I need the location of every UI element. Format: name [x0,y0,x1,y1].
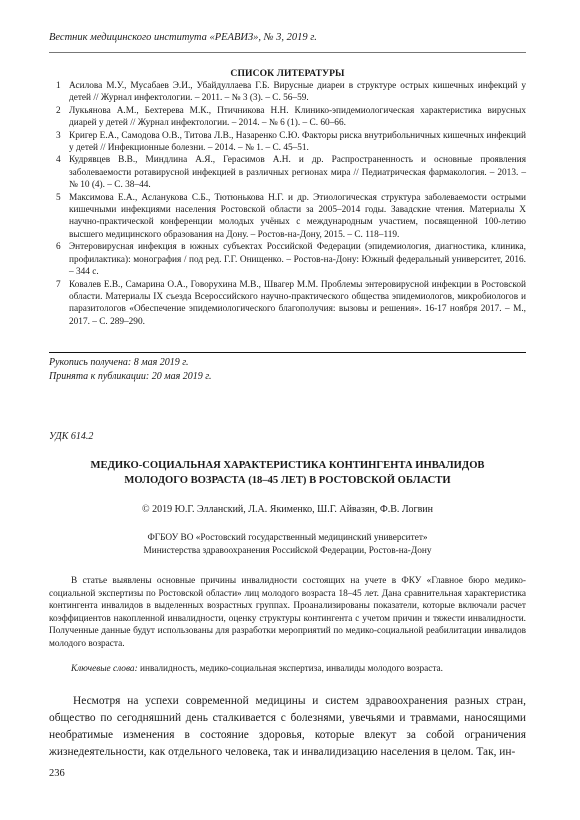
body-paragraph: Несмотря на успехи современной медицины … [49,693,526,761]
header-rule [49,52,526,53]
article-title-line: МОЛОДОГО ВОЗРАСТА (18–45 ЛЕТ) В РОСТОВСК… [49,474,526,489]
affiliation-line: ФГБОУ ВО «Ростовский государственный мед… [49,532,526,545]
reference-text: Лукьянова А.М., Бехтерева М.К., Птичнико… [69,105,526,130]
keywords-label: Ключевые слова: [71,664,138,674]
received-date: Рукопись получена: 8 мая 2019 г. [49,356,212,370]
reference-number: 4 [56,154,61,166]
reference-number: 3 [56,130,61,142]
accepted-date: Принята к публикации: 20 мая 2019 г. [49,370,212,384]
reference-item: 2Лукьянова А.М., Бехтерева М.К., Птичник… [49,105,526,130]
keywords-text: инвалидность, медико-социальная эксперти… [138,664,443,674]
references-list: 1Асилова М.У., Мусабаев Э.И., Убайдуллае… [49,80,526,328]
reference-text: Кригер Е.А., Самодова О.В., Титова Л.В.,… [69,130,526,155]
reference-item: 4Кудрявцев В.В., Миндлина А.Я., Герасимо… [49,154,526,191]
udc-code: УДК 614.2 [49,431,93,442]
running-head: Вестник медицинского института «РЕАВИЗ»,… [49,32,527,43]
reference-item: 3Кригер Е.А., Самодова О.В., Титова Л.В.… [49,130,526,155]
reference-text: Энтеровирусная инфекция в южных субъекта… [69,241,526,278]
article-title-line: МЕДИКО-СОЦИАЛЬНАЯ ХАРАКТЕРИСТИКА КОНТИНГ… [49,459,526,474]
reference-text: Ковалев Е.В., Самарина О.А., Говорухина … [69,279,526,329]
reference-item: 5Максимова Е.А., Асланукова С.Б., Тютюнь… [49,192,526,242]
affiliation-line: Министерства здравоохранения Российской … [49,545,526,558]
article-title: МЕДИКО-СОЦИАЛЬНАЯ ХАРАКТЕРИСТИКА КОНТИНГ… [49,459,526,488]
article-authors: © 2019 Ю.Г. Элланский, Л.А. Якименко, Ш.… [49,504,526,515]
reference-number: 2 [56,105,61,117]
abstract: В статье выявлены основные причины инвал… [49,575,526,650]
reference-item: 1Асилова М.У., Мусабаев Э.И., Убайдуллае… [49,80,526,105]
keywords: Ключевые слова: инвалидность, медико-соц… [49,664,526,674]
page-number: 236 [49,768,65,779]
reference-text: Максимова Е.А., Асланукова С.Б., Тютюньк… [69,192,526,242]
manuscript-dates: Рукопись получена: 8 мая 2019 г. Принята… [49,356,212,383]
affiliation: ФГБОУ ВО «Ростовский государственный мед… [49,532,526,557]
reference-number: 1 [56,80,61,92]
reference-number: 7 [56,279,61,291]
reference-text: Кудрявцев В.В., Миндлина А.Я., Герасимов… [69,154,526,191]
references-title: СПИСОК ЛИТЕРАТУРЫ [49,68,526,79]
reference-number: 6 [56,241,61,253]
reference-text: Асилова М.У., Мусабаев Э.И., Убайдуллаев… [69,80,526,105]
section-divider [49,352,526,353]
reference-item: 6Энтеровирусная инфекция в южных субъект… [49,241,526,278]
reference-number: 5 [56,192,61,204]
reference-item: 7Ковалев Е.В., Самарина О.А., Говорухина… [49,279,526,329]
